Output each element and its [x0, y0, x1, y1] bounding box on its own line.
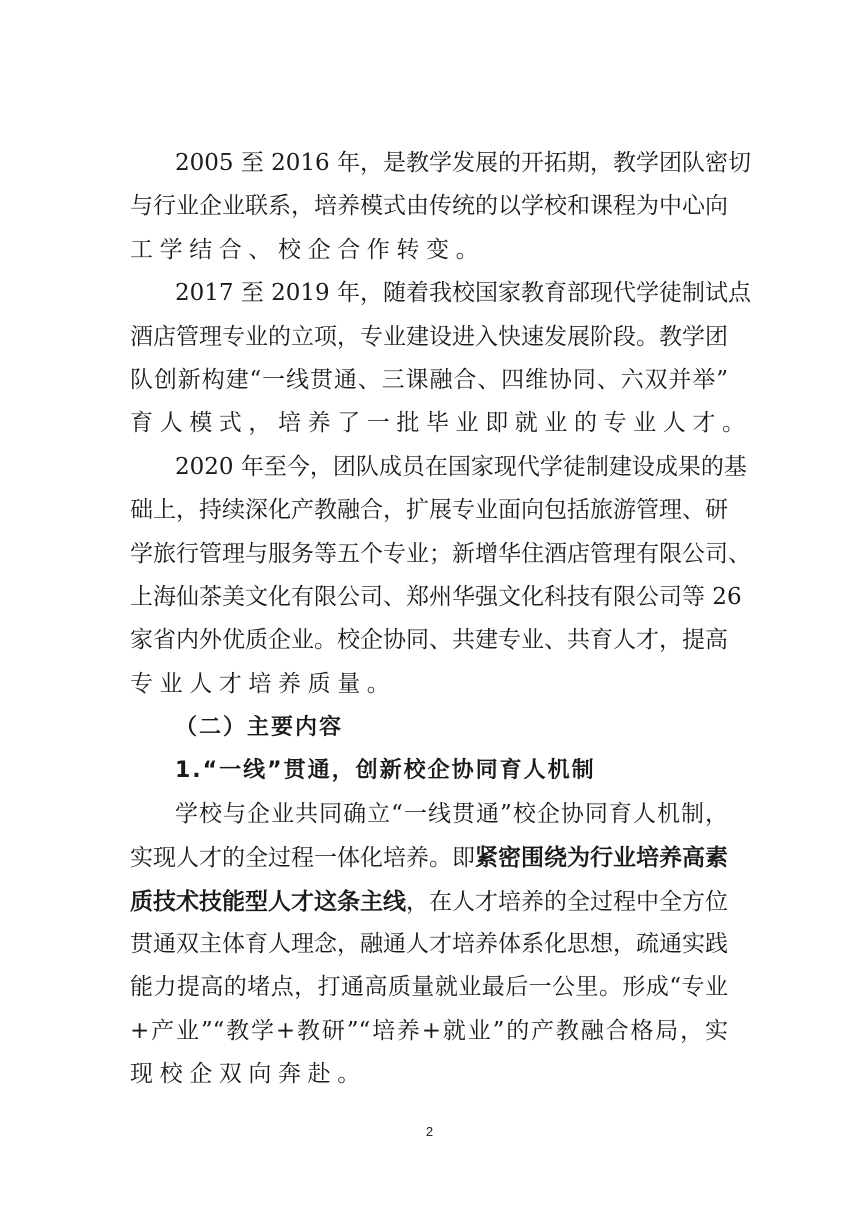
text-bold-emphasis: 质技术技能型人才这条主线: [130, 888, 406, 915]
text-line: 家省内外优质企业。校企协同、共建专业、共育人才，提高: [130, 619, 728, 662]
text-bold-emphasis: 紧密围绕为行业培养高素: [475, 844, 728, 871]
text-line: 2017 至 2019 年，随着我校国家教育部现代学徒制试点: [130, 272, 728, 315]
text-line: 与行业企业联系，培养模式由传统的以学校和课程为中心向: [130, 185, 728, 228]
subsection-heading: 1.“一线”贯通，创新校企协同育人机制: [130, 749, 730, 792]
document-page: 2005 至 2016 年，是教学发展的开拓期，教学团队密切 与行业企业联系，培…: [0, 0, 859, 1216]
text-line: 队创新构建“一线贯通、三课融合、四维协同、六双并举”: [130, 359, 728, 402]
text-line: 2020 年至今，团队成员在国家现代学徒制建设成果的基: [130, 446, 728, 489]
text-line: 育人模式，培养了一批毕业即就业的专业人才。: [130, 402, 730, 445]
text-line: 础上，持续深化产教融合，扩展专业面向包括旅游管理、研: [130, 489, 728, 532]
paragraph-main-content: 学校与企业共同确立“一线贯通”校企协同育人机制， 实现人才的全过程一体化培养。即…: [130, 793, 730, 1097]
text-normal: ，在人才培养的全过程中全方位: [406, 889, 728, 915]
text-line: 专业人才培养质量。: [130, 663, 730, 706]
paragraph-2017-2019: 2017 至 2019 年，随着我校国家教育部现代学徒制试点 酒店管理专业的立项…: [130, 272, 730, 446]
text-line: 能力提高的堵点，打通高质量就业最后一公里。形成“专业: [130, 966, 728, 1009]
page-number: 2: [0, 1124, 859, 1139]
text-line-mixed: 实现人才的全过程一体化培养。即紧密围绕为行业培养高素: [130, 836, 728, 879]
text-normal: 实现人才的全过程一体化培养。即: [130, 845, 475, 871]
paragraph-2005-2016: 2005 至 2016 年，是教学发展的开拓期，教学团队密切 与行业企业联系，培…: [130, 142, 730, 272]
text-line: 贯通双主体育人理念，融通人才培养体系化思想，疏通实践: [130, 923, 728, 966]
paragraph-2020-present: 2020 年至今，团队成员在国家现代学徒制建设成果的基 础上，持续深化产教融合，…: [130, 446, 730, 706]
text-line: +产业”“教学+教研”“培养+就业”的产教融合格局，实: [130, 1010, 728, 1053]
text-line: 学校与企业共同确立“一线贯通”校企协同育人机制，: [130, 793, 728, 836]
text-line: 上海仙茶美文化有限公司、郑州华强文化科技有限公司等 26: [130, 576, 728, 619]
text-line: 2005 至 2016 年，是教学发展的开拓期，教学团队密切: [130, 142, 728, 185]
text-line: 酒店管理专业的立项，专业建设进入快速发展阶段。教学团: [130, 316, 728, 359]
text-line: 现校企双向奔赴。: [130, 1053, 730, 1096]
section-heading: （二）主要内容: [130, 706, 730, 749]
text-line-mixed: 质技术技能型人才这条主线，在人才培养的全过程中全方位: [130, 880, 728, 923]
text-line: 工学结合、校企合作转变。: [130, 229, 730, 272]
text-line: 学旅行管理与服务等五个专业；新增华住酒店管理有限公司、: [130, 533, 728, 576]
document-body: 2005 至 2016 年，是教学发展的开拓期，教学团队密切 与行业企业联系，培…: [130, 142, 730, 1097]
